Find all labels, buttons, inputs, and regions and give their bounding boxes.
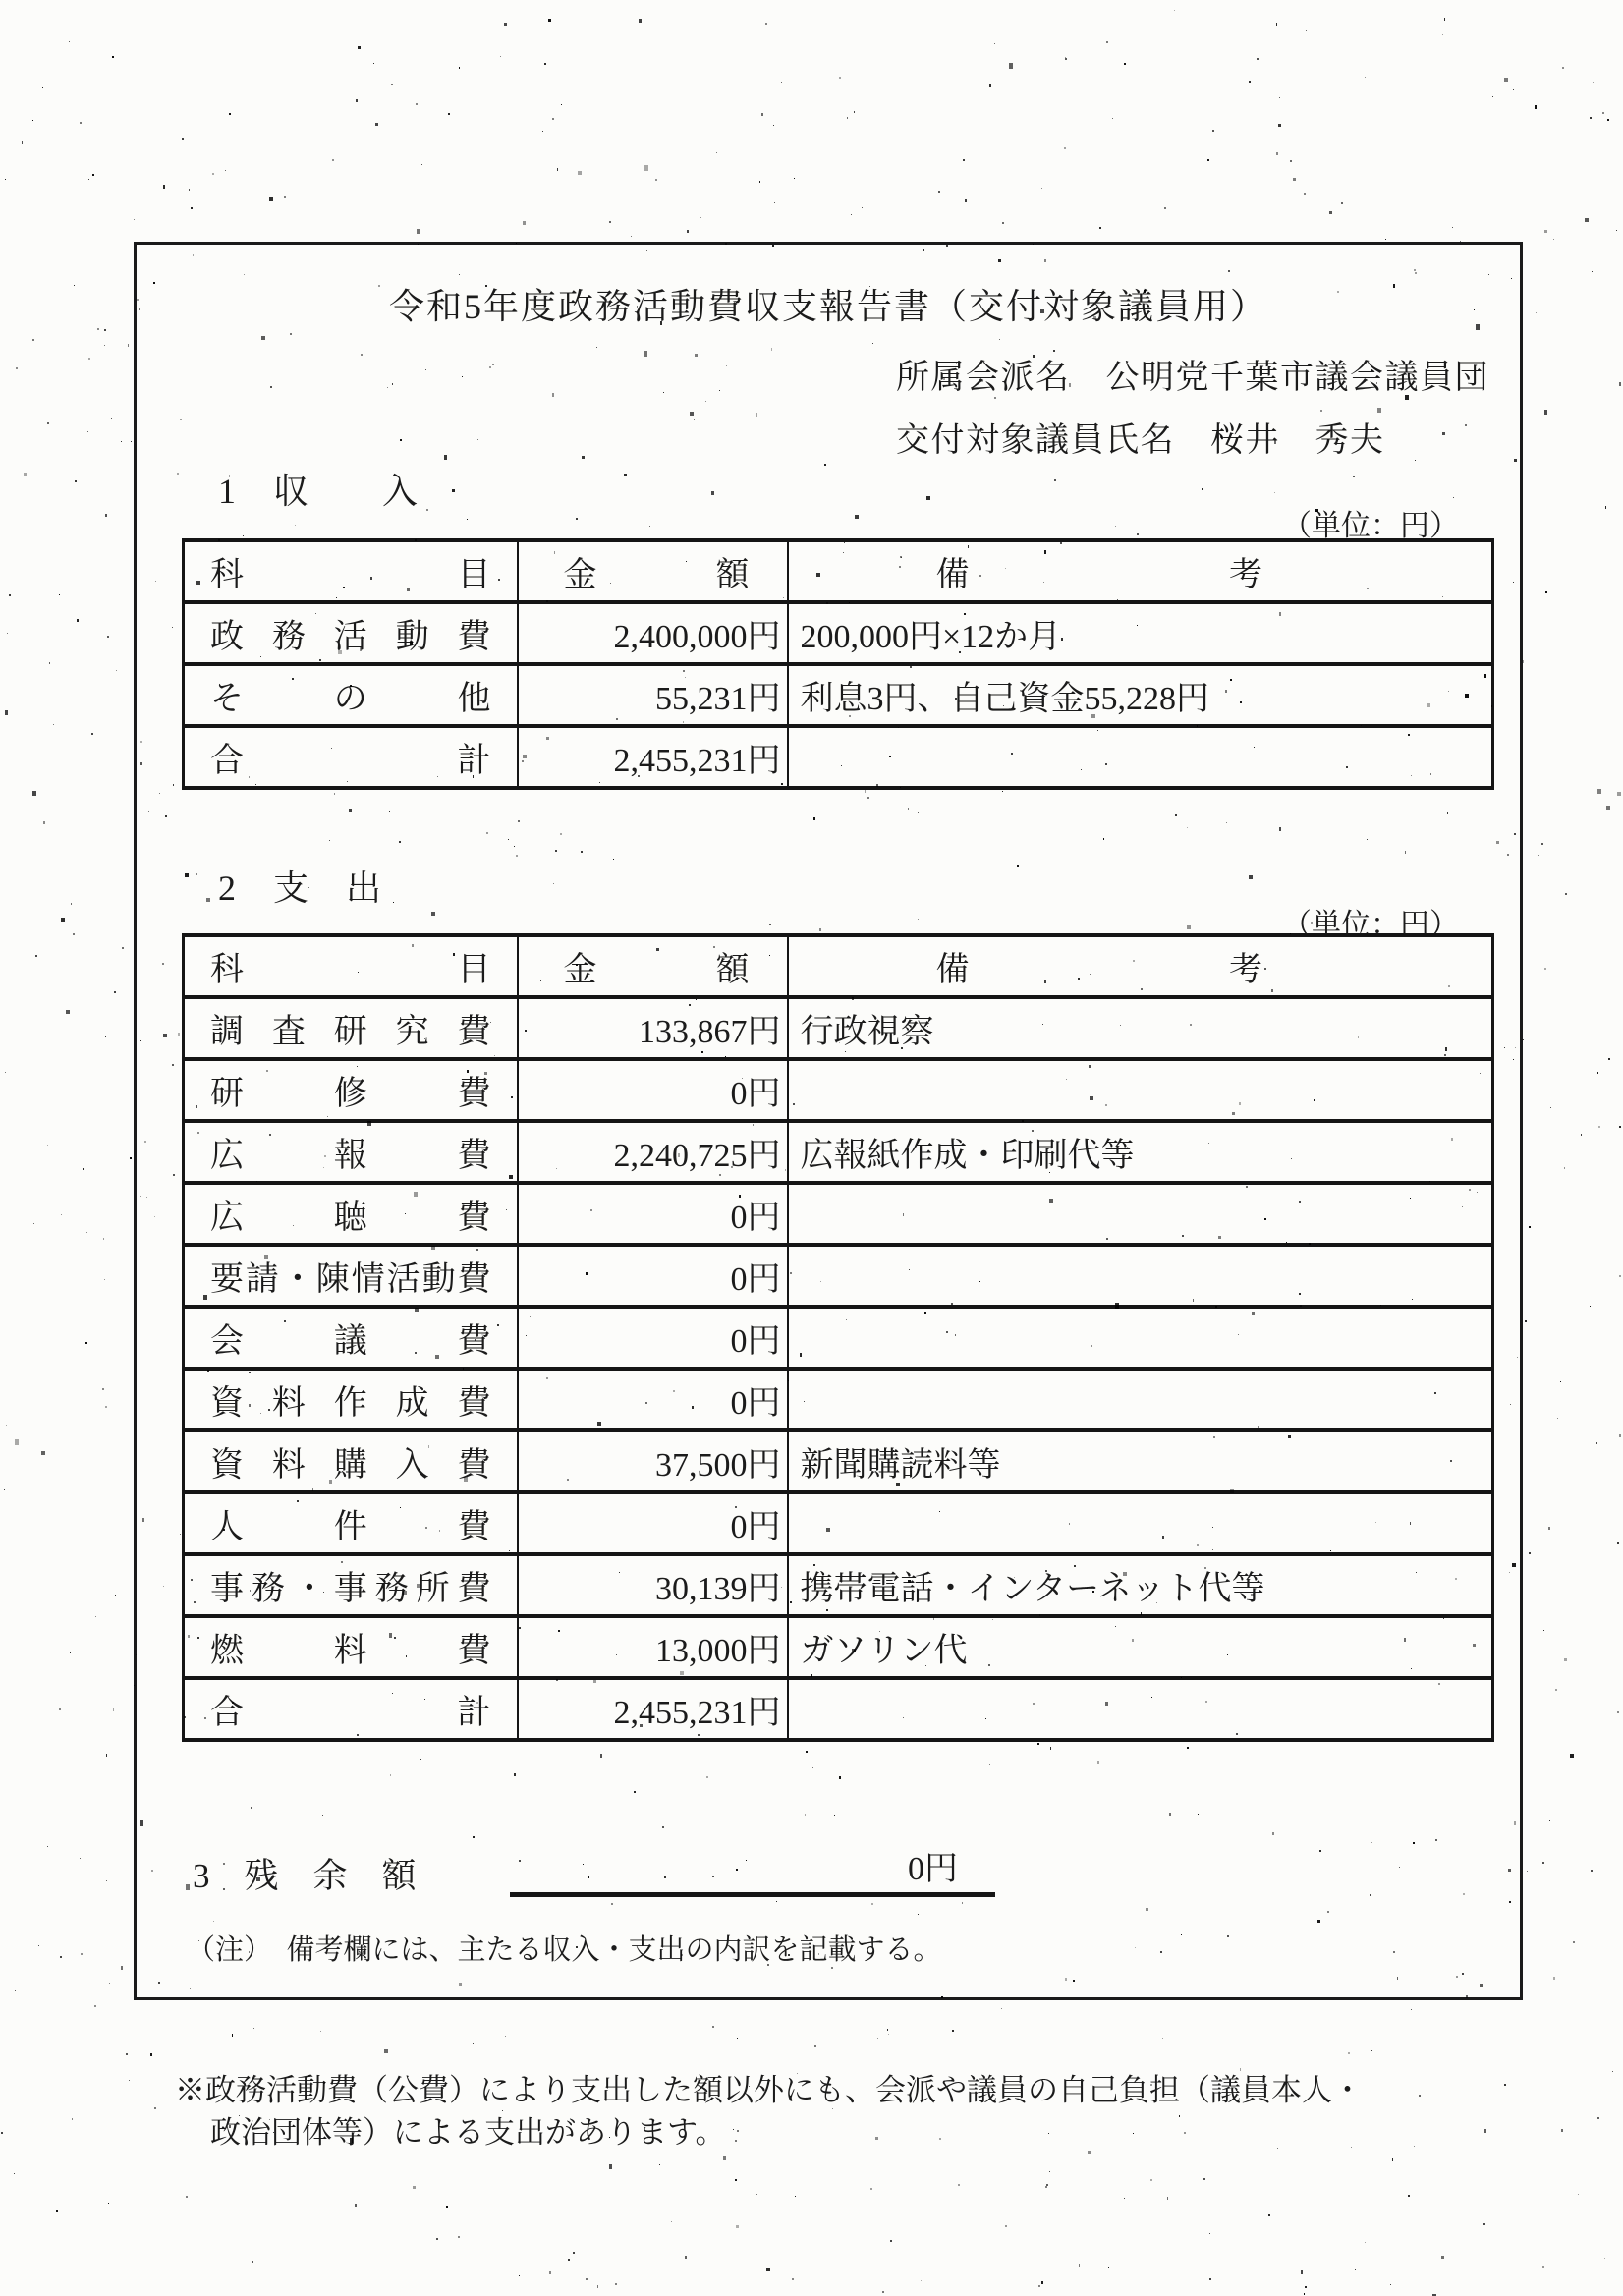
table-row: 調査研究費133,867円行政視察	[184, 997, 1493, 1059]
balance-amount: 0円	[908, 1851, 958, 1887]
table-row: 合計2,455,231円	[184, 1678, 1493, 1740]
remark-cell	[788, 1245, 1493, 1307]
footnote: ※政務活動費（公費）により支出した額以外にも、会派や議員の自己負担（議員本人・ …	[175, 2069, 1363, 2154]
expenditure-column-header-item: 科目	[184, 935, 518, 997]
item-cell: 広報費	[184, 1121, 518, 1183]
amount-cell: 0円	[518, 1307, 788, 1369]
remark-cell: 200,000円×12か月	[788, 602, 1493, 664]
income-section-heading: 1 収 入	[218, 464, 419, 514]
faction-line: 所属会派名公明党千葉市議会議員団	[896, 350, 1489, 398]
income-column-header-item: 科目	[184, 540, 518, 602]
income-column-header-amount: 金額	[518, 540, 788, 602]
item-cell: 研修費	[184, 1059, 518, 1121]
remark-cell	[788, 1307, 1493, 1369]
table-row: 資料作成費0円	[184, 1369, 1493, 1430]
table-row: 資料購入費37,500円新聞購読料等	[184, 1430, 1493, 1492]
item-cell: 資料作成費	[184, 1369, 518, 1430]
income-table-body: 政務活動費2,400,000円200,000円×12か月その他55,231円利息…	[184, 602, 1493, 788]
remark-cell	[788, 1183, 1493, 1245]
item-cell: 会議費	[184, 1307, 518, 1369]
table-row: 広報費2,240,725円広報紙作成・印刷代等	[184, 1121, 1493, 1183]
amount-cell: 0円	[518, 1492, 788, 1554]
member-line: 交付対象議員氏名桜井 秀夫	[896, 413, 1385, 461]
income-column-header-remark: 備考	[788, 540, 1493, 602]
item-cell: 合計	[184, 1678, 518, 1740]
remark-cell: 携帯電話・インターネット代等	[788, 1554, 1493, 1616]
balance-section-heading: 3 残 余 額	[193, 1849, 417, 1898]
table-row: 研修費0円	[184, 1059, 1493, 1121]
remark-cell: 利息3円、自己資金55,228円	[788, 664, 1493, 726]
expenditure-table-section: 科目 金額 備考 調査研究費133,867円行政視察研修費0円広報費2,240,…	[182, 933, 1494, 1742]
item-cell: 人件費	[184, 1492, 518, 1554]
income-table: 科目 金額 備考 政務活動費2,400,000円200,000円×12か月その他…	[182, 538, 1494, 790]
amount-cell: 2,240,725円	[518, 1121, 788, 1183]
expenditure-table-body: 調査研究費133,867円行政視察研修費0円広報費2,240,725円広報紙作成…	[184, 997, 1493, 1740]
expenditure-table: 科目 金額 備考 調査研究費133,867円行政視察研修費0円広報費2,240,…	[182, 933, 1494, 1742]
remark-cell	[788, 1678, 1493, 1740]
amount-cell: 2,400,000円	[518, 602, 788, 664]
amount-cell: 0円	[518, 1059, 788, 1121]
member-name: 桜井 秀夫	[1210, 422, 1385, 459]
table-row: 合計2,455,231円	[184, 726, 1493, 788]
amount-cell: 13,000円	[518, 1616, 788, 1678]
scanned-report-page: 令和5年度政務活動費収支報告書（交付対象議員用） 所属会派名公明党千葉市議会議員…	[0, 0, 1623, 2296]
table-row: 広聴費0円	[184, 1183, 1493, 1245]
remark-cell	[788, 1369, 1493, 1430]
item-cell: 要請・陳情活動費	[184, 1245, 518, 1307]
amount-cell: 37,500円	[518, 1430, 788, 1492]
item-cell: 広聴費	[184, 1183, 518, 1245]
table-row: その他55,231円利息3円、自己資金55,228円	[184, 664, 1493, 726]
table-row: 要請・陳情活動費0円	[184, 1245, 1493, 1307]
remark-cell	[788, 1059, 1493, 1121]
item-cell: 合計	[184, 726, 518, 788]
table-row: 人件費0円	[184, 1492, 1493, 1554]
table-row: 燃料費13,000円ガソリン代	[184, 1616, 1493, 1678]
item-cell: 政務活動費	[184, 602, 518, 664]
amount-cell: 0円	[518, 1183, 788, 1245]
faction-name: 公明党千葉市議会議員団	[1106, 360, 1490, 396]
item-cell: 事務・事務所費	[184, 1554, 518, 1616]
remark-cell: 新聞購読料等	[788, 1430, 1493, 1492]
remark-cell	[788, 726, 1493, 788]
report-title: 令和5年度政務活動費収支報告書（交付対象議員用）	[134, 279, 1523, 329]
amount-cell: 0円	[518, 1369, 788, 1430]
remark-instruction-note: （注） 備考欄には、主たる収入・支出の内訳を記載する。	[187, 1928, 942, 1968]
amount-cell: 2,455,231円	[518, 726, 788, 788]
footnote-line-1: ※政務活動費（公費）により支出した額以外にも、会派や議員の自己負担（議員本人・	[175, 2069, 1363, 2111]
item-cell: その他	[184, 664, 518, 726]
remark-cell: 行政視察	[788, 997, 1493, 1059]
table-row: 会議費0円	[184, 1307, 1493, 1369]
item-cell: 燃料費	[184, 1616, 518, 1678]
table-row: 事務・事務所費30,139円携帯電話・インターネット代等	[184, 1554, 1493, 1616]
amount-cell: 55,231円	[518, 664, 788, 726]
balance-amount-underline: 0円	[510, 1847, 995, 1897]
item-cell: 資料購入費	[184, 1430, 518, 1492]
amount-cell: 133,867円	[518, 997, 788, 1059]
table-row: 政務活動費2,400,000円200,000円×12か月	[184, 602, 1493, 664]
remark-cell	[788, 1492, 1493, 1554]
expenditure-column-header-amount: 金額	[518, 935, 788, 997]
expenditure-section-heading: 2 支 出	[218, 861, 382, 911]
amount-cell: 2,455,231円	[518, 1678, 788, 1740]
income-table-section: 科目 金額 備考 政務活動費2,400,000円200,000円×12か月その他…	[182, 538, 1494, 790]
remark-cell: ガソリン代	[788, 1616, 1493, 1678]
faction-label: 所属会派名	[896, 360, 1071, 396]
income-header-row: 科目 金額 備考	[184, 540, 1493, 602]
member-label: 交付対象議員氏名	[896, 422, 1175, 459]
amount-cell: 0円	[518, 1245, 788, 1307]
footnote-line-2: 政治団体等）による支出があります。	[210, 2111, 1363, 2154]
amount-cell: 30,139円	[518, 1554, 788, 1616]
remark-cell: 広報紙作成・印刷代等	[788, 1121, 1493, 1183]
item-cell: 調査研究費	[184, 997, 518, 1059]
expenditure-column-header-remark: 備考	[788, 935, 1493, 997]
expenditure-header-row: 科目 金額 備考	[184, 935, 1493, 997]
